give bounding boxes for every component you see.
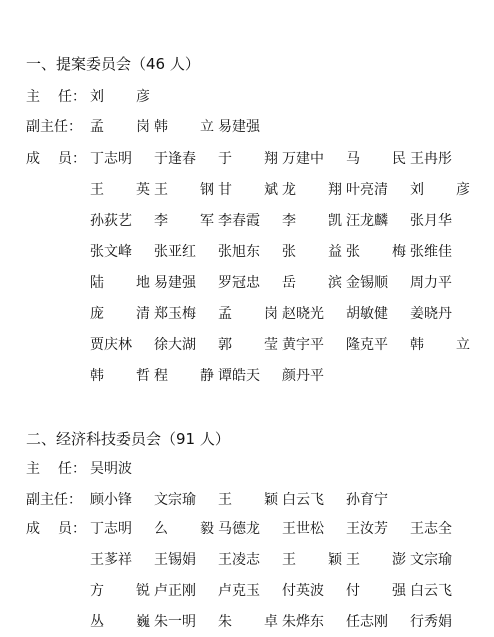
name-part: 岗 [136,116,150,136]
name-part: 韩 [154,116,168,136]
name-part: 刘 [90,86,104,106]
name-part: 毅 [200,518,214,538]
person-name: 庞清 [90,303,150,323]
person-name: 赵晓光 [282,303,342,323]
person-name: 郑玉梅 [154,303,214,323]
person-name: 程静 [154,365,214,385]
name-part: 朱 [218,611,232,631]
name-part: 立 [456,334,470,354]
person-name: 龙翔 [282,179,342,199]
name-part: 丛 [90,611,104,631]
name-part: 张 [282,241,296,261]
name-part: 于 [218,148,232,168]
person-name: 李凯 [282,210,342,230]
label-part: 员： [58,148,86,168]
person-name: 刘彦 [90,86,150,106]
section-heading: 二、经济科技委员会（91 人） [26,428,230,449]
person-name: 方锐 [90,580,150,600]
person-name: 王志全 [410,518,470,538]
name-part: 彦 [136,86,150,106]
person-name: 万建中 [282,148,342,168]
person-name: 孙育宁 [346,489,406,509]
name-part: 凯 [328,210,342,230]
name-part: 军 [200,210,214,230]
person-name: 任志刚 [346,611,406,631]
name-part: 么 [154,518,168,538]
name-part: 梅 [392,241,406,261]
person-name: 金锡顺 [346,272,406,292]
name-part: 李 [282,210,296,230]
name-part: 颖 [328,549,342,569]
name-part: 翔 [328,179,342,199]
person-name: 张益 [282,241,342,261]
name-part: 程 [154,365,168,385]
name-part: 巍 [136,611,150,631]
person-name: 丁志明 [90,148,150,168]
person-name: 马德龙 [218,518,278,538]
person-name: 易建强 [154,272,214,292]
person-name: 孟岗 [90,116,150,136]
person-name: 丛巍 [90,611,150,631]
person-name: 王颖 [218,489,278,509]
person-name: 王茤祥 [90,549,150,569]
person-name: 韩立 [154,116,214,136]
name-part: 澎 [392,549,406,569]
person-name: 张月华 [410,210,470,230]
name-part: 甘 [218,179,232,199]
name-part: 颖 [264,489,278,509]
person-name: 胡敏健 [346,303,406,323]
person-name: 甘斌 [218,179,278,199]
name-part: 方 [90,580,104,600]
person-name: 丁志明 [90,518,150,538]
person-name: 李春霞 [218,210,278,230]
person-name: 卢正刚 [154,580,214,600]
label-part: 主 [26,86,40,106]
person-name: 陆地 [90,272,150,292]
person-name: 吴明波 [90,458,150,478]
person-name: 付英波 [282,580,342,600]
person-name: 白云飞 [410,580,470,600]
person-name: 王世松 [282,518,342,538]
person-name: 么毅 [154,518,214,538]
person-name: 行秀娟 [410,611,470,631]
name-part: 郭 [218,334,232,354]
person-name: 王英 [90,179,150,199]
person-name: 汪龙麟 [346,210,406,230]
person-name: 黄宇平 [282,334,342,354]
person-name: 徐大湖 [154,334,214,354]
name-part: 滨 [328,272,342,292]
person-name: 易建强 [218,116,278,136]
name-part: 刘 [410,179,424,199]
person-name: 朱卓 [218,611,278,631]
person-name: 孟岗 [218,303,278,323]
name-part: 强 [392,580,406,600]
name-part: 韩 [410,334,424,354]
name-part: 哲 [136,365,150,385]
person-name: 顾小锋 [90,489,150,509]
person-name: 张旭东 [218,241,278,261]
person-name: 姜晓丹 [410,303,470,323]
person-name: 韩哲 [90,365,150,385]
person-name: 李军 [154,210,214,230]
name-part: 英 [136,179,150,199]
name-part: 陆 [90,272,104,292]
name-part: 立 [200,116,214,136]
person-name: 张文峰 [90,241,150,261]
label-part: 任： [58,458,86,478]
name-part: 孟 [90,116,104,136]
section-heading: 一、提案委员会（46 人） [26,53,200,74]
person-name: 隆克平 [346,334,406,354]
name-part: 清 [136,303,150,323]
name-part: 韩 [90,365,104,385]
name-part: 民 [392,148,406,168]
person-name: 张维佳 [410,241,470,261]
name-part: 钢 [200,179,214,199]
name-part: 益 [328,241,342,261]
person-name: 付强 [346,580,406,600]
label-part: 员： [58,518,86,538]
person-name: 于逢春 [154,148,214,168]
name-part: 孟 [218,303,232,323]
person-name: 马民 [346,148,406,168]
person-name: 刘彦 [410,179,470,199]
name-part: 张 [346,241,360,261]
name-part: 莹 [264,334,278,354]
person-name: 王颖 [282,549,342,569]
person-name: 王汝芳 [346,518,406,538]
person-name: 卢克玉 [218,580,278,600]
person-name: 王钢 [154,179,214,199]
name-part: 王 [346,549,360,569]
label-part: 成 [26,518,40,538]
label-part: 成 [26,148,40,168]
name-part: 马 [346,148,360,168]
label-part: 主 [26,458,40,478]
person-name: 白云飞 [282,489,342,509]
person-name: 文宗瑜 [154,489,214,509]
name-part: 岳 [282,272,296,292]
person-name: 张梅 [346,241,406,261]
name-part: 庞 [90,303,104,323]
name-part: 静 [200,365,214,385]
person-name: 王澎 [346,549,406,569]
person-name: 岳滨 [282,272,342,292]
person-name: 罗冠忠 [218,272,278,292]
person-name: 于翔 [218,148,278,168]
person-name: 张亚红 [154,241,214,261]
person-name: 郭莹 [218,334,278,354]
person-name: 朱一明 [154,611,214,631]
person-name: 王锡娟 [154,549,214,569]
name-part: 岗 [264,303,278,323]
name-part: 王 [282,549,296,569]
person-name: 王凌志 [218,549,278,569]
person-name: 周力平 [410,272,470,292]
person-name: 朱烨东 [282,611,342,631]
name-part: 斌 [264,179,278,199]
name-part: 王 [218,489,232,509]
name-part: 王 [90,179,104,199]
deputy-label: 副主任： [26,116,90,136]
person-name: 孙荻艺 [90,210,150,230]
name-part: 王 [154,179,168,199]
person-name: 叶亮清 [346,179,406,199]
person-name: 韩立 [410,334,470,354]
name-part: 李 [154,210,168,230]
name-part: 龙 [282,179,296,199]
label-part: 任： [58,86,86,106]
name-part: 付 [346,580,360,600]
name-part: 翔 [264,148,278,168]
person-name: 文宗瑜 [410,549,470,569]
person-name: 谭皓天 [218,365,278,385]
name-part: 彦 [456,179,470,199]
person-name: 颜丹平 [282,365,342,385]
name-part: 地 [136,272,150,292]
person-name: 贾庆林 [90,334,150,354]
name-part: 卓 [264,611,278,631]
name-part: 锐 [136,580,150,600]
person-name: 王冉彤 [410,148,470,168]
deputy-label: 副主任： [26,489,90,509]
